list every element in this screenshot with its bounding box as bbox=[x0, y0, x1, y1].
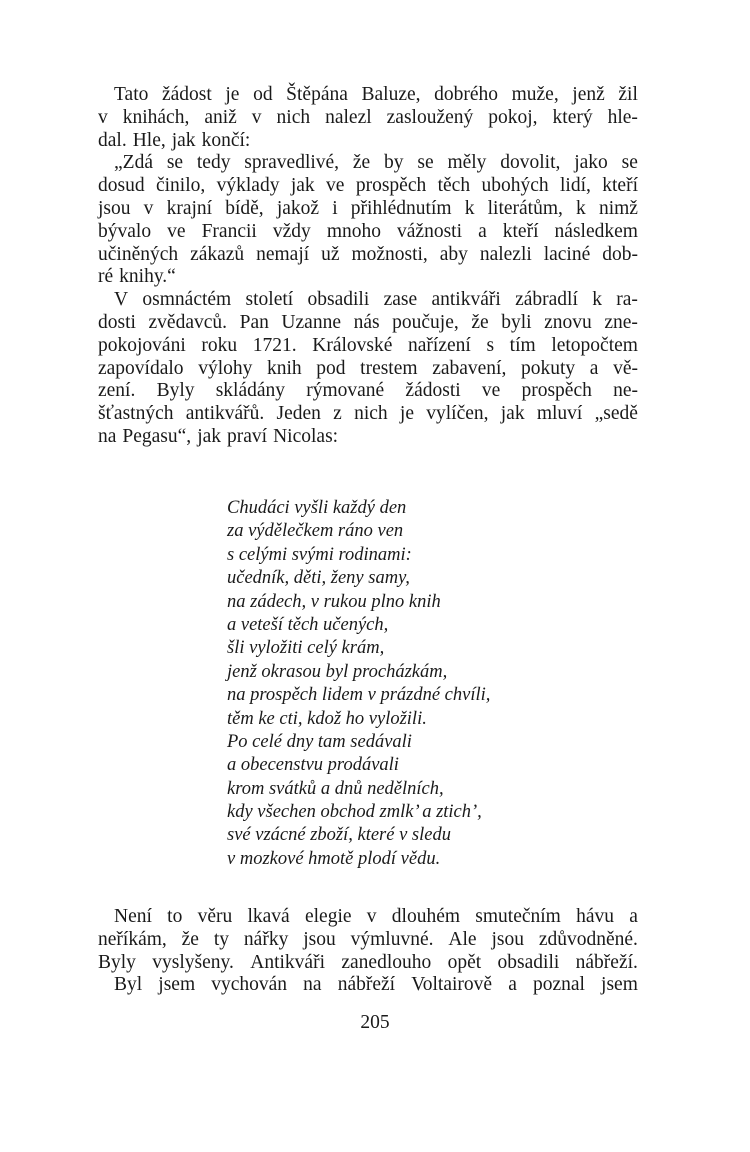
word: výklady bbox=[217, 175, 280, 198]
word: hávu bbox=[576, 906, 614, 929]
word: nemají bbox=[256, 244, 309, 267]
poem-line: na zádech, v rukou plno knih bbox=[227, 591, 490, 614]
word: spravedlivé, bbox=[244, 152, 339, 175]
poem-line: krom svátků a dnů nedělních, bbox=[227, 778, 490, 801]
word: poznal bbox=[533, 974, 585, 997]
text-line: neříkám,žetynářkyjsouvýmluvné.Alejsouzdů… bbox=[98, 929, 638, 952]
word: na bbox=[303, 974, 321, 997]
word: nich bbox=[354, 403, 388, 426]
word: šťastných bbox=[98, 403, 174, 426]
word: dlouhém bbox=[392, 906, 460, 929]
text-line: pokojovániroku1721.Královskénařízenístím… bbox=[98, 335, 638, 358]
word: by bbox=[384, 152, 404, 175]
word: jsem bbox=[158, 974, 195, 997]
word: a bbox=[590, 358, 599, 381]
word: „Zdá bbox=[114, 152, 153, 175]
word: 1721. bbox=[253, 335, 297, 358]
word: Hle, bbox=[133, 130, 166, 153]
word: tedy bbox=[197, 152, 231, 175]
text-line: dosudčinilo,výkladyjakveprospěchtěchuboh… bbox=[98, 175, 638, 198]
word: Ale bbox=[448, 929, 476, 952]
poem-line: kdy všechen obchod zmlk’ a ztich’, bbox=[227, 801, 490, 824]
word: aniž bbox=[204, 107, 236, 130]
word: a bbox=[478, 221, 487, 244]
word: dovolit, bbox=[500, 152, 560, 175]
word: to bbox=[167, 906, 182, 929]
word: učiněných bbox=[98, 244, 178, 267]
text-line: zení.Bylyskládányrýmovanéžádostiveprospě… bbox=[98, 380, 638, 403]
word: Byly bbox=[98, 952, 136, 975]
text-line: TatožádostjeodŠtěpánaBaluze,dobréhomuže,… bbox=[98, 84, 638, 107]
word: Nicolas: bbox=[273, 426, 338, 449]
text-line: „Zdásetedyspravedlivé,žebysemělydovolit,… bbox=[98, 152, 638, 175]
word: Tato bbox=[114, 84, 148, 107]
word: jakož bbox=[277, 198, 319, 221]
word: „sedě bbox=[595, 403, 638, 426]
word: V bbox=[114, 289, 128, 312]
word: dob- bbox=[602, 244, 638, 267]
text-line: ByljsemvychovánnanábřežíVoltairověapozna… bbox=[98, 974, 638, 997]
word: jak bbox=[197, 426, 221, 449]
word: jak bbox=[172, 130, 196, 153]
word: kteří bbox=[602, 175, 638, 198]
word: Královské bbox=[312, 335, 392, 358]
word: literátům, bbox=[488, 198, 563, 221]
word: od bbox=[253, 84, 273, 107]
word: k bbox=[576, 198, 586, 221]
word: se bbox=[622, 152, 638, 175]
word: ne- bbox=[613, 380, 638, 403]
word: vážnosti bbox=[397, 221, 462, 244]
word: obsadili bbox=[308, 289, 370, 312]
word: v bbox=[367, 906, 377, 929]
word: knihy.“ bbox=[119, 266, 176, 289]
word: dosti bbox=[98, 312, 136, 335]
word: knihách, bbox=[123, 107, 190, 130]
word: pokuty bbox=[521, 358, 575, 381]
word: zení. bbox=[98, 380, 135, 403]
word: pokoj, bbox=[488, 107, 537, 130]
word: pod bbox=[316, 358, 345, 381]
text-line: zapovídalovýlohyknihpodtrestemzabavení,p… bbox=[98, 358, 638, 381]
word: že bbox=[182, 929, 199, 952]
word: žádost bbox=[162, 84, 212, 107]
word: se bbox=[417, 152, 433, 175]
text-block-bottom: Nenítověrulkaváelegievdlouhémsmutečnímhá… bbox=[98, 906, 638, 997]
word: těch bbox=[438, 175, 470, 198]
word: žil bbox=[618, 84, 638, 107]
text-line: vknihách,anižvnichnalezlzaslouženýpokoj,… bbox=[98, 107, 638, 130]
word: Baluze, bbox=[361, 84, 420, 107]
word: opět bbox=[448, 952, 482, 975]
word: k bbox=[465, 198, 475, 221]
word: na bbox=[98, 426, 116, 449]
word: praví bbox=[227, 426, 267, 449]
word: dobrého bbox=[434, 84, 498, 107]
text-line: dal.Hle,jakkončí: bbox=[98, 130, 638, 153]
word: vychován bbox=[211, 974, 287, 997]
word: žádosti bbox=[405, 380, 460, 403]
word: aby bbox=[440, 244, 468, 267]
word: zanedlouho bbox=[341, 952, 431, 975]
word: výlohy bbox=[198, 358, 252, 381]
word: ra- bbox=[616, 289, 638, 312]
word: hle- bbox=[608, 107, 638, 130]
word: jsou bbox=[491, 929, 524, 952]
word: zábradlí bbox=[515, 289, 578, 312]
word: lkavá bbox=[247, 906, 289, 929]
word: je bbox=[225, 84, 239, 107]
text-line: naPegasu“,jakpravíNicolas: bbox=[98, 426, 638, 449]
text-line: réknihy.“ bbox=[98, 266, 638, 289]
word: Není bbox=[114, 906, 152, 929]
word: jsem bbox=[601, 974, 638, 997]
word: v bbox=[98, 107, 108, 130]
word: zvědavců. bbox=[149, 312, 228, 335]
text-line: bývaloveFranciivždymnohovážnostiakteříná… bbox=[98, 221, 638, 244]
word: vyslyšeny. bbox=[152, 952, 234, 975]
word: antikvářů. bbox=[186, 403, 265, 426]
word: je bbox=[400, 403, 414, 426]
poem-block: Chudáci vyšli každý den za výdělečkem rá… bbox=[227, 497, 490, 871]
word: znovu bbox=[544, 312, 592, 335]
poem-line: na prospěch lidem v prázdné chvíli, bbox=[227, 684, 490, 707]
poem-line: šli vyložiti celý krám, bbox=[227, 637, 490, 660]
word: zabavení, bbox=[432, 358, 506, 381]
word: nářky bbox=[244, 929, 288, 952]
word: trestem bbox=[360, 358, 417, 381]
word: Pegasu“, bbox=[122, 426, 191, 449]
word: a bbox=[629, 906, 638, 929]
word: pokojováni bbox=[98, 335, 186, 358]
word: nás bbox=[354, 312, 380, 335]
page-number: 205 bbox=[0, 1012, 750, 1034]
word: jak bbox=[501, 403, 525, 426]
word: a bbox=[508, 974, 517, 997]
word: který bbox=[553, 107, 593, 130]
word: antikváři bbox=[431, 289, 500, 312]
word: prospěch bbox=[356, 175, 426, 198]
word: že bbox=[471, 312, 488, 335]
word: elegie bbox=[305, 906, 352, 929]
text-block-top: TatožádostjeodŠtěpánaBaluze,dobréhomuže,… bbox=[98, 84, 638, 449]
word: nařízení bbox=[408, 335, 471, 358]
word: vylíčen, bbox=[426, 403, 488, 426]
poem-line: a veteší těch učených, bbox=[227, 614, 490, 637]
word: zasloužený bbox=[387, 107, 474, 130]
word: ve bbox=[167, 221, 185, 244]
word: bývalo bbox=[98, 221, 151, 244]
poem-line: své vzácné zboží, které v sledu bbox=[227, 824, 490, 847]
word: obsadili bbox=[498, 952, 560, 975]
word: Pan bbox=[240, 312, 269, 335]
word: Štěpána bbox=[286, 84, 348, 107]
word: ubohých bbox=[481, 175, 548, 198]
word: mluví bbox=[537, 403, 583, 426]
word: už bbox=[321, 244, 339, 267]
word: zne- bbox=[604, 312, 638, 335]
word: Byl bbox=[114, 974, 142, 997]
word: mnoho bbox=[327, 221, 381, 244]
word: vždy bbox=[273, 221, 311, 244]
word: se bbox=[167, 152, 183, 175]
word: jako bbox=[574, 152, 608, 175]
word: Voltairově bbox=[411, 974, 492, 997]
word: laciné bbox=[544, 244, 591, 267]
word: byli bbox=[501, 312, 531, 335]
word: Byly bbox=[157, 380, 195, 403]
word: dal. bbox=[98, 130, 127, 153]
word: muže, bbox=[512, 84, 559, 107]
word: v bbox=[252, 107, 262, 130]
word: s bbox=[486, 335, 494, 358]
word: vě- bbox=[613, 358, 638, 381]
word: skládány bbox=[216, 380, 285, 403]
poem-line: Chudáci vyšli každý den bbox=[227, 497, 490, 520]
word: jsou bbox=[98, 198, 131, 221]
poem-line: s celými svými rodinami: bbox=[227, 544, 490, 567]
word: zapovídalo bbox=[98, 358, 184, 381]
word: nábřeží bbox=[338, 974, 395, 997]
word: jsou bbox=[303, 929, 336, 952]
word: krajní bbox=[167, 198, 212, 221]
word: letopočtem bbox=[551, 335, 638, 358]
word: nalezli bbox=[480, 244, 532, 267]
word: následkem bbox=[555, 221, 638, 244]
word: možnosti, bbox=[351, 244, 427, 267]
text-line: Bylyvyslyšeny.Antikvářizanedlouhoopětobs… bbox=[98, 952, 638, 975]
word: nimž bbox=[599, 198, 638, 221]
word: jenž bbox=[572, 84, 604, 107]
word: ty bbox=[214, 929, 229, 952]
word: ve bbox=[482, 380, 500, 403]
poem-line: Po celé dny tam sedávali bbox=[227, 731, 490, 754]
word: že bbox=[353, 152, 370, 175]
word: tím bbox=[510, 335, 536, 358]
word: nalezl bbox=[325, 107, 372, 130]
poem-line: za výdělečkem ráno ven bbox=[227, 520, 490, 543]
word: roku bbox=[201, 335, 237, 358]
word: zase bbox=[384, 289, 418, 312]
word: poučuje, bbox=[392, 312, 459, 335]
word: dosud bbox=[98, 175, 145, 198]
poem-line: v mozkové hmotě plodí vědu. bbox=[227, 848, 490, 871]
word: přihlédnutím bbox=[351, 198, 452, 221]
word: bídě, bbox=[225, 198, 263, 221]
word: končí: bbox=[202, 130, 251, 153]
text-line: Nenítověrulkaváelegievdlouhémsmutečnímhá… bbox=[98, 906, 638, 929]
word: výmluvné. bbox=[351, 929, 434, 952]
word: k bbox=[592, 289, 602, 312]
word: století bbox=[246, 289, 294, 312]
poem-line: jenž okrasou byl procházkám, bbox=[227, 661, 490, 684]
word: nábřeží. bbox=[576, 952, 638, 975]
poem-line: těm ke cti, kdož ho vyložili. bbox=[227, 708, 490, 731]
word: Uzanne bbox=[281, 312, 341, 335]
word: v bbox=[144, 198, 154, 221]
word: rýmované bbox=[306, 380, 384, 403]
word: prospěch bbox=[521, 380, 591, 403]
poem-line: učedník, děti, ženy samy, bbox=[227, 567, 490, 590]
word: z bbox=[333, 403, 342, 426]
word: Antikváři bbox=[250, 952, 325, 975]
text-line: učiněnýchzákazůnemajíužmožnosti,abynalez… bbox=[98, 244, 638, 267]
word: osmnáctém bbox=[142, 289, 231, 312]
word: knih bbox=[267, 358, 302, 381]
word: zákazů bbox=[190, 244, 244, 267]
word: neříkám, bbox=[98, 929, 167, 952]
word: jak bbox=[291, 175, 315, 198]
word: lidí, bbox=[560, 175, 591, 198]
poem-line: a obecenstvu prodávali bbox=[227, 754, 490, 777]
word: ve bbox=[326, 175, 344, 198]
word: věru bbox=[198, 906, 233, 929]
word: činilo, bbox=[156, 175, 205, 198]
text-line: jsouvkrajníbídě,jakožipřihlédnutímkliter… bbox=[98, 198, 638, 221]
word: i bbox=[332, 198, 337, 221]
text-line: Vosmnáctémstoletíobsadilizaseantikvářizá… bbox=[98, 289, 638, 312]
word: měly bbox=[447, 152, 486, 175]
word: ré bbox=[98, 266, 113, 289]
word: kteří bbox=[503, 221, 539, 244]
word: Francii bbox=[202, 221, 257, 244]
word: nich bbox=[277, 107, 311, 130]
word: smutečním bbox=[475, 906, 561, 929]
word: zdůvodněné. bbox=[539, 929, 638, 952]
text-line: dostizvědavců.PanUzannenáspoučuje,žebyli… bbox=[98, 312, 638, 335]
word: Jeden bbox=[277, 403, 321, 426]
text-line: šťastnýchantikvářů.Jedenznichjevylíčen,j… bbox=[98, 403, 638, 426]
